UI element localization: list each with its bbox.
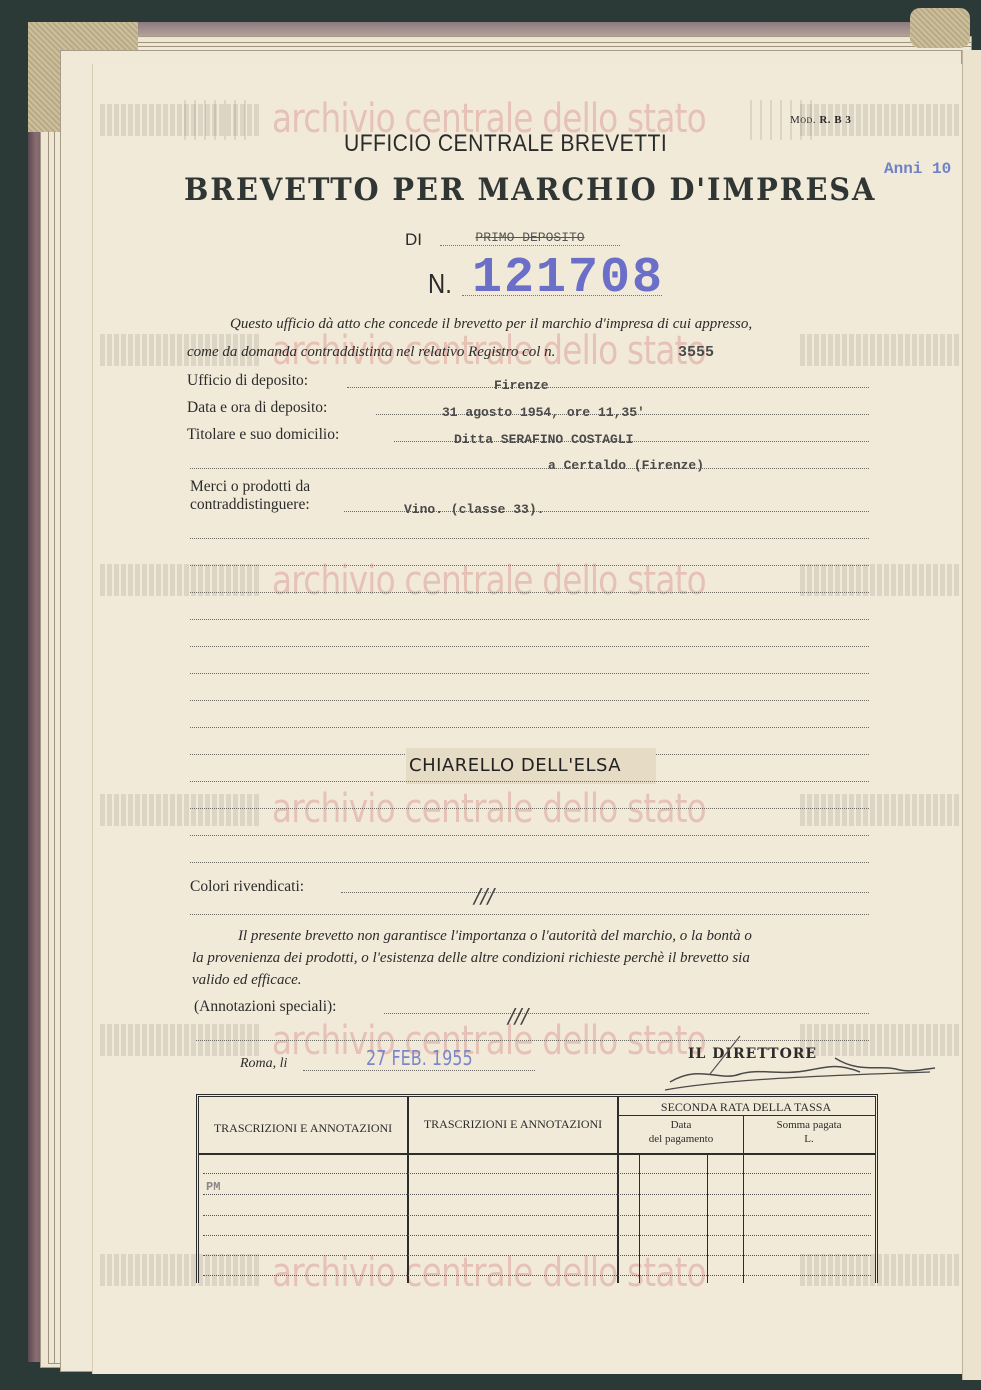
table-row <box>203 1235 871 1236</box>
ufficio-value: Firenze <box>494 378 549 393</box>
titolare-line-2 <box>190 468 869 469</box>
header-amount-2: L. <box>745 1133 873 1145</box>
data-value: 31 agosto 1954, ore 11,35' <box>442 405 645 420</box>
disclaimer-line-2: la provenienza dei prodotti, o l'esisten… <box>192 950 750 967</box>
table-row <box>203 1194 871 1195</box>
merci-label-1: Merci o prodotti da <box>190 478 310 496</box>
form-code-value: R. B 3 <box>819 114 851 126</box>
blank-line <box>190 835 869 836</box>
blank-line <box>190 862 869 863</box>
registro-number: 3555 <box>678 344 714 361</box>
data-label: Data e ora di deposito: <box>187 399 327 417</box>
ufficio-line <box>347 387 869 388</box>
colori-line <box>341 892 869 893</box>
roma-line <box>303 1070 535 1071</box>
colori-label: Colori rivendicati: <box>190 878 304 896</box>
office-heading: UFFICIO CENTRALE BREVETTI <box>344 130 667 158</box>
blank-line <box>190 592 869 593</box>
blank-line <box>190 646 869 647</box>
years-stamp: Anni 10 <box>884 160 951 178</box>
header-transcriptions-1: TRASCRIZIONI E ANNOTAZIONI <box>199 1121 407 1136</box>
watermark-logo <box>100 794 260 826</box>
blank-line <box>190 619 869 620</box>
column-divider <box>743 1115 744 1283</box>
next-page-edge <box>962 50 981 1380</box>
blank-line <box>190 808 869 809</box>
table-note: PM <box>206 1180 220 1194</box>
annotazioni-label: (Annotazioni speciali): <box>194 998 336 1016</box>
header-payment-date-2: del pagamento <box>619 1133 743 1145</box>
header-second-installment: SECONDA RATA DELLA TASSA <box>619 1100 873 1115</box>
di-value: PRIMO DEPOSITO <box>440 230 620 246</box>
document-title: BREVETTO PER MARCHIO D'IMPRESA <box>184 172 876 208</box>
trademark-name: CHIARELLO DELL'ELSA <box>409 755 621 776</box>
blank-line <box>190 538 869 539</box>
blank-line <box>190 914 869 915</box>
watermark-text: archivio centrale dello stato <box>272 786 706 832</box>
titolare-value-1: Ditta SERAFINO COSTAGLI <box>454 432 633 447</box>
intro-line-2: come da domanda contraddistinta nel rela… <box>187 344 555 361</box>
watermark-logo <box>184 100 254 140</box>
form-code-prefix: Mod. <box>790 114 816 126</box>
table-row <box>203 1275 871 1276</box>
header-amount-1: Somma pagata <box>745 1119 873 1131</box>
header-divider <box>199 1153 875 1155</box>
blank-line <box>190 781 869 782</box>
blank-line <box>190 727 869 728</box>
titolare-value-2: a Certaldo (Firenze) <box>548 458 704 473</box>
blank-line <box>190 565 869 566</box>
annotazioni-line <box>384 1013 869 1014</box>
colori-value: /// <box>474 884 494 908</box>
blank-line <box>190 700 869 701</box>
annotations-table: TRASCRIZIONI E ANNOTAZIONI TRASCRIZIONI … <box>196 1094 878 1283</box>
header-payment-date-1: Data <box>619 1119 743 1131</box>
number-label: N. <box>428 268 452 300</box>
header-transcriptions-2: TRASCRIZIONI E ANNOTAZIONI <box>409 1117 617 1132</box>
form-code: Mod. R. B 3 <box>790 114 851 126</box>
intro-line-1: Questo ufficio dà atto che concede il br… <box>230 316 752 333</box>
annotazioni-value: /// <box>508 1004 528 1028</box>
group-divider <box>617 1115 875 1116</box>
merci-label-2: contraddistinguere: <box>190 496 310 514</box>
watermark-logo <box>800 334 960 366</box>
disclaimer-line-1: Il presente brevetto non garantisce l'im… <box>238 928 752 945</box>
roma-label: Roma, li <box>240 1056 287 1072</box>
table-row <box>203 1255 871 1256</box>
table-row <box>203 1215 871 1216</box>
binding-tape <box>910 8 970 48</box>
issue-date-stamp: 27 FEB. 1955 <box>366 1046 473 1070</box>
table-row <box>203 1173 871 1174</box>
di-label: DI <box>405 230 422 250</box>
watermark-logo <box>800 794 960 826</box>
patent-number: 121708 <box>472 250 664 307</box>
merci-value: Vino. (classe 33). <box>404 502 544 517</box>
ufficio-label: Ufficio di deposito: <box>187 372 308 390</box>
titolare-label: Titolare e suo domicilio: <box>187 426 339 444</box>
blank-line <box>190 673 869 674</box>
watermark-text: archivio centrale dello stato <box>272 1018 706 1064</box>
signature <box>660 1034 940 1094</box>
disclaimer-line-3: valido ed efficace. <box>192 972 302 989</box>
